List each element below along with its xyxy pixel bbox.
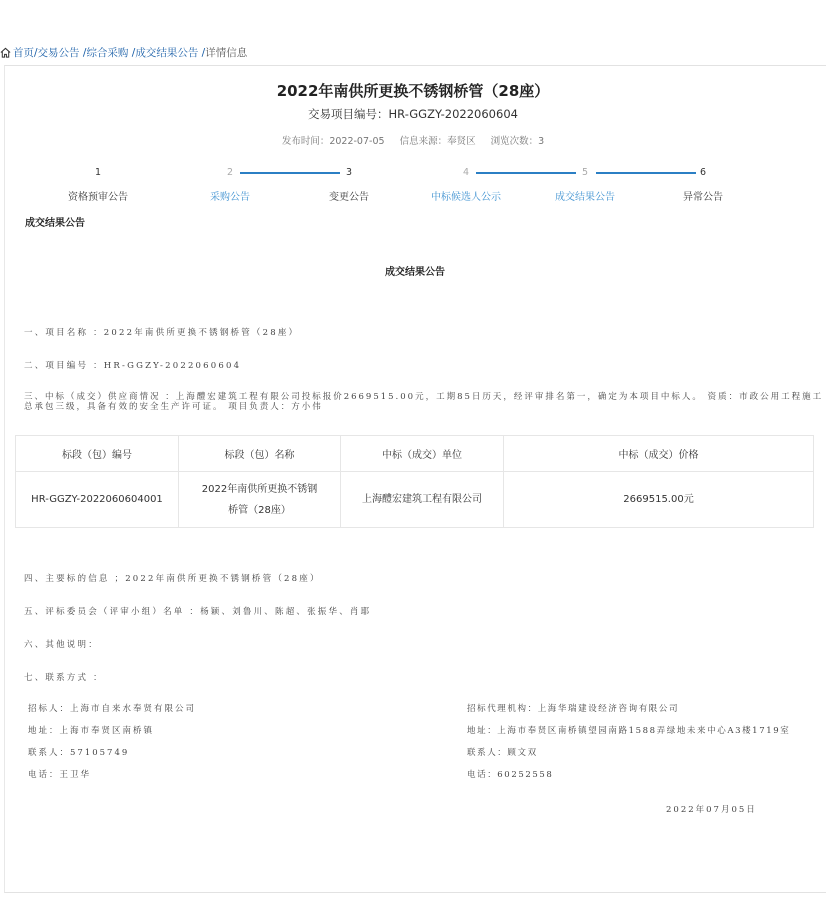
cell-lot-number: HR-GGZY-2022060604001	[16, 472, 179, 528]
step-label: 资格预审公告	[28, 188, 168, 203]
step-label: 异常公告	[633, 188, 773, 203]
step-exception[interactable]: 6 异常公告	[633, 166, 773, 203]
publish-time: 发布时间：2022-07-05	[282, 136, 385, 147]
item-committee: 五、评标委员会（评审小组）名单 ：杨颖、刘鲁川、陈超、张振华、肖耶	[24, 605, 371, 617]
section-heading: 成交结果公告	[25, 214, 85, 229]
item-project-name: 一、项目名称 ：2022年南供所更换不锈钢桥管（28座）	[24, 326, 299, 338]
breadcrumb-general-procurement[interactable]: 综合采购 /	[86, 45, 135, 60]
tenderer-contact: 招标人：上海市自来水奉贤有限公司 地址：上海市奉贤区南桥镇 联系人：571057…	[28, 698, 196, 786]
item-supplier-info: 三、中标（成交）供应商情况 ：上海醴宏建筑工程有限公司投标报价2669515.0…	[24, 392, 824, 412]
document-title: 成交结果公告	[0, 263, 826, 278]
step-number: 6	[633, 166, 773, 180]
view-count: 浏览次数：3	[491, 136, 545, 147]
col-lot-name: 标段（包）名称	[179, 436, 341, 472]
item-other-notes: 六、其他说明：	[24, 638, 99, 650]
agency-address: 地址：上海市奉贤区南桥镇望园南路1588弄绿地未来中心A3楼1719室	[467, 720, 790, 742]
tenderer-address: 地址：上海市奉贤区南桥镇	[28, 720, 196, 742]
table-header-row: 标段（包）编号 标段（包）名称 中标（成交）单位 中标（成交）价格	[16, 436, 814, 472]
breadcrumb: 首页/ 交易公告 / 综合采购 / 成交结果公告 / 详情信息	[0, 44, 247, 60]
cell-winner: 上海醴宏建筑工程有限公司	[341, 472, 504, 528]
project-number: 交易项目编号：HR-GGZY-2022060604	[0, 106, 826, 122]
item-project-number: 二、项目编号 ：HR-GGZY-2022060604	[24, 359, 241, 371]
home-icon[interactable]	[0, 47, 11, 58]
tenderer-contact-person: 联系人：57105749	[28, 742, 196, 764]
agency-name: 招标代理机构：上海华瑞建设经济咨询有限公司	[467, 698, 790, 720]
meta-info: 发布时间：2022-07-05 信息来源：奉贤区 浏览次数：3	[0, 133, 826, 147]
page-title: 2022年南供所更换不锈钢桥管（28座）	[0, 80, 826, 101]
process-steps: 1 资格预审公告 2 采购公告 3 变更公告 4 中标候选人公示 5 成交结果公…	[0, 166, 826, 206]
item-contact-heading: 七、联系方式 ：	[24, 671, 104, 683]
breadcrumb-trade-notices[interactable]: 交易公告 /	[38, 45, 87, 60]
result-table: 标段（包）编号 标段（包）名称 中标（成交）单位 中标（成交）价格 HR-GGZ…	[15, 435, 814, 528]
breadcrumb-current: 详情信息	[205, 45, 247, 60]
agency-phone: 电话：60252558	[467, 764, 790, 786]
step-number: 1	[28, 166, 168, 180]
col-winner: 中标（成交）单位	[341, 436, 504, 472]
breadcrumb-deal-result[interactable]: 成交结果公告 /	[135, 45, 205, 60]
cell-lot-name: 2022年南供所更换不锈钢桥管（28座）	[179, 472, 341, 528]
agency-contact: 招标代理机构：上海华瑞建设经济咨询有限公司 地址：上海市奉贤区南桥镇望园南路15…	[467, 698, 790, 786]
item-subject-info: 四、主要标的信息 ；2022年南供所更换不锈钢桥管（28座）	[24, 572, 321, 584]
col-price: 中标（成交）价格	[504, 436, 814, 472]
agency-contact-person: 联系人：顾文双	[467, 742, 790, 764]
tenderer-name: 招标人：上海市自来水奉贤有限公司	[28, 698, 196, 720]
table-row: HR-GGZY-2022060604001 2022年南供所更换不锈钢桥管（28…	[16, 472, 814, 528]
info-source: 信息来源：奉贤区	[400, 136, 476, 147]
cell-price: 2669515.00元	[504, 472, 814, 528]
signature-date: 2022年07月05日	[666, 803, 757, 815]
tenderer-phone: 电话：王卫华	[28, 764, 196, 786]
step-prequalification[interactable]: 1 资格预审公告	[28, 166, 168, 203]
breadcrumb-home[interactable]: 首页/	[13, 45, 38, 60]
col-lot-number: 标段（包）编号	[16, 436, 179, 472]
